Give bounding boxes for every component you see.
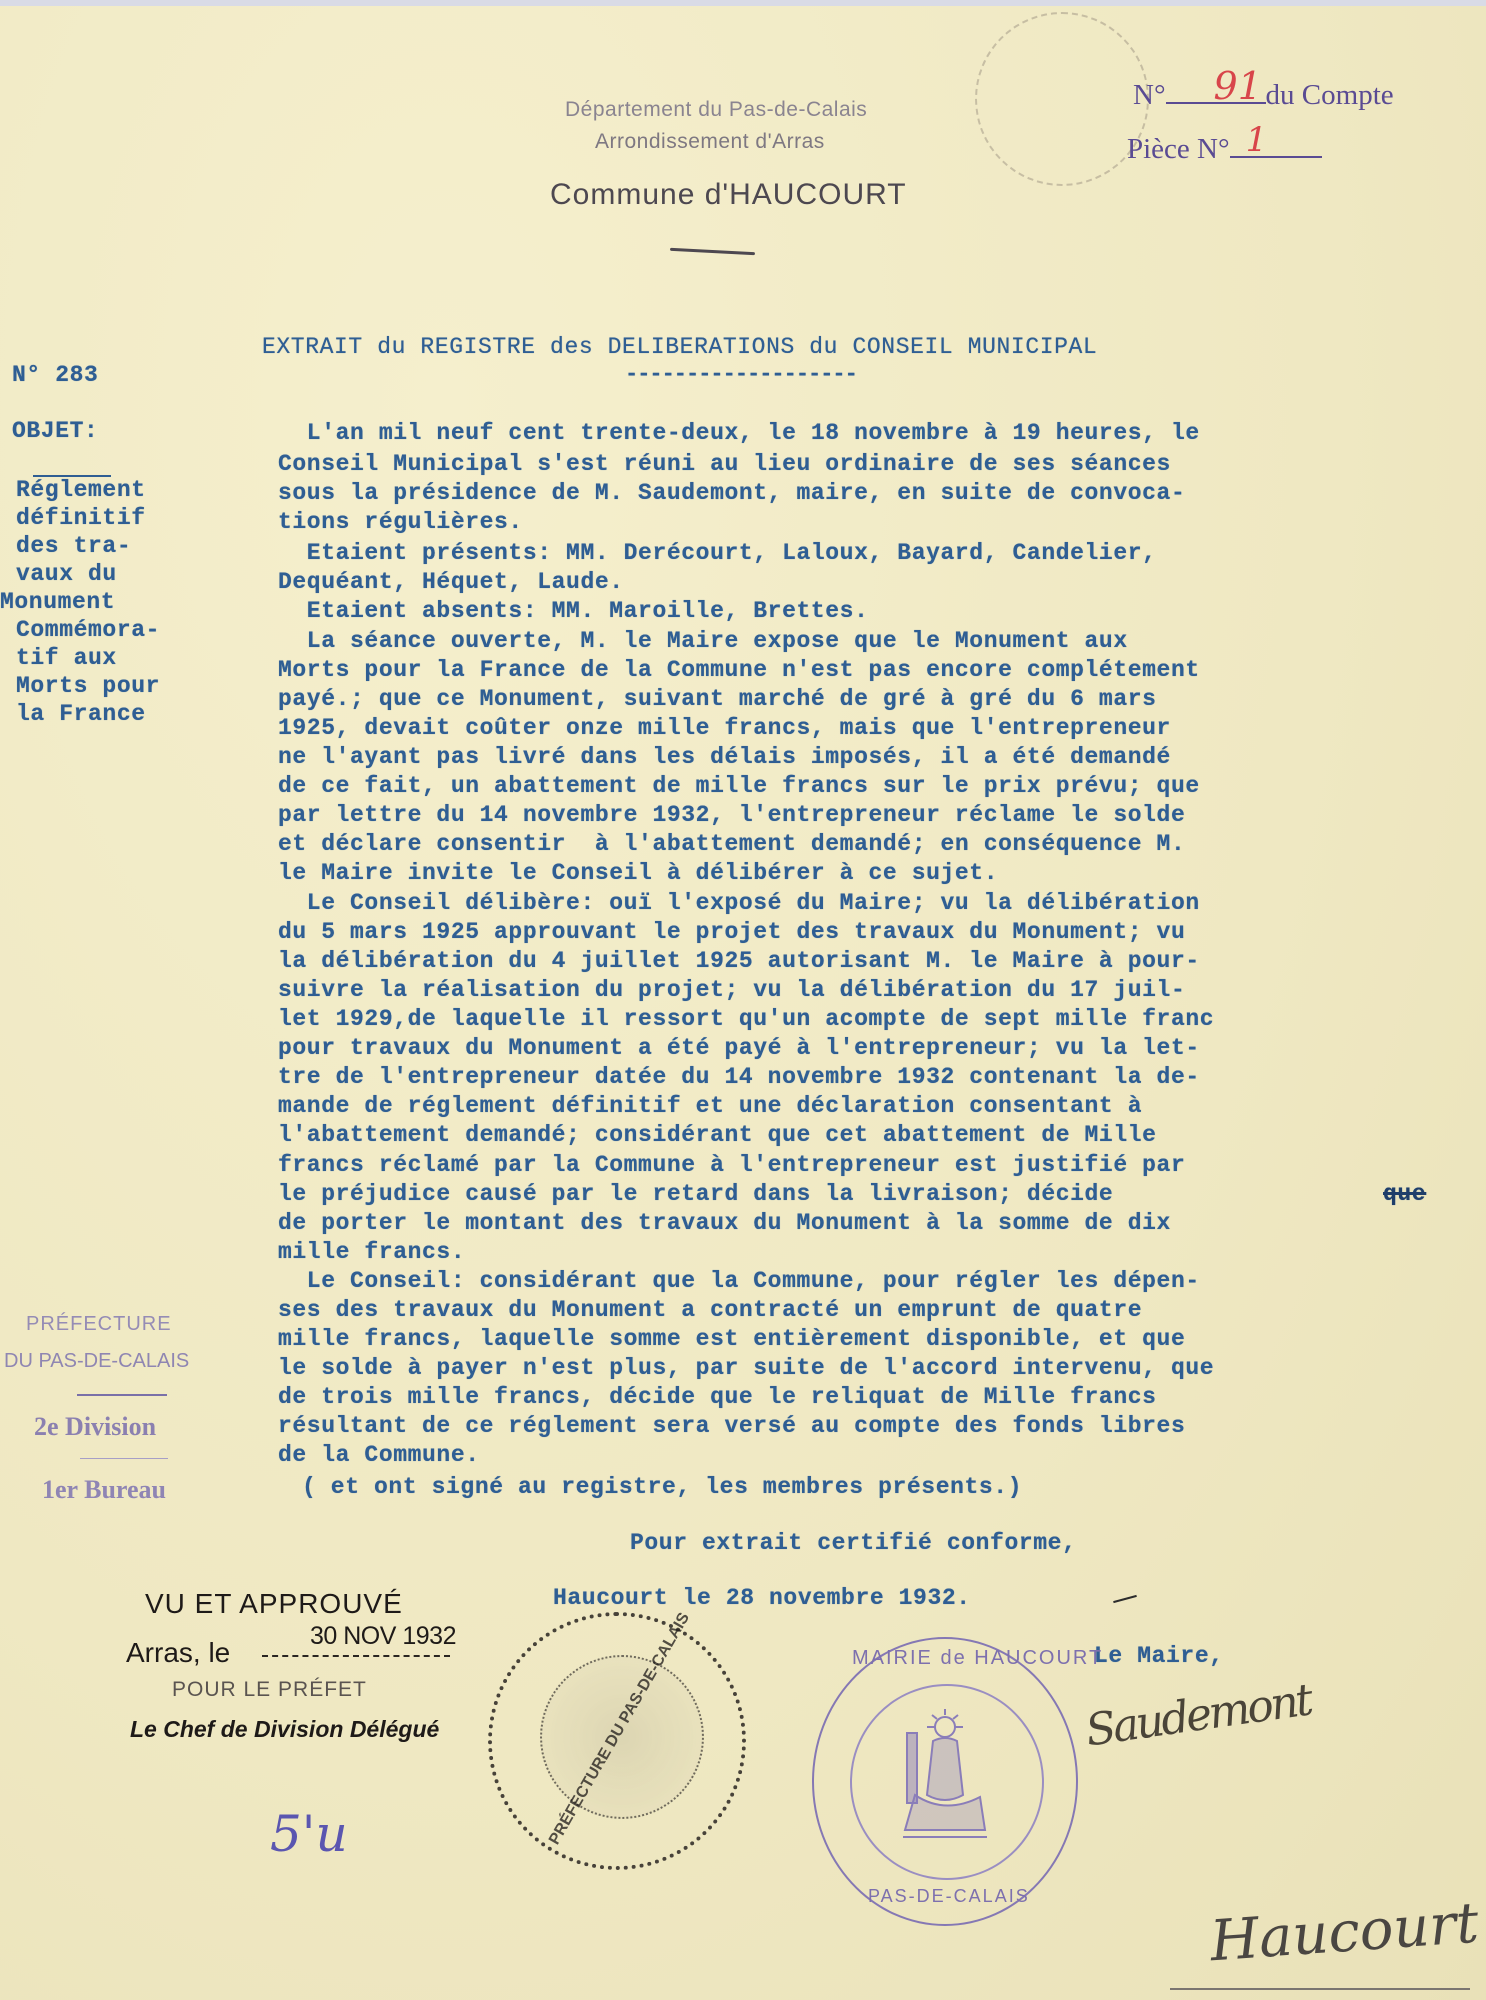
faint-postmark: [975, 12, 1149, 186]
account-number-line: 91: [1166, 78, 1266, 104]
footer-handwriting: Haucourt: [1208, 1891, 1481, 1975]
document-title: EXTRAIT du REGISTRE des DELIBERATIONS du…: [262, 334, 1097, 360]
objet-line: des tra-: [16, 533, 131, 559]
struck-word: que: [1383, 1179, 1426, 1210]
marianne-figure-icon: [885, 1705, 1005, 1855]
body-line: et déclare consentir à l'abattement dema…: [278, 829, 1185, 860]
body-line: let 1929,de laquelle il ressort qu'un ac…: [278, 1004, 1214, 1035]
body-line: le solde à payer n'est plus, par suite d…: [278, 1353, 1214, 1384]
body-line: La séance ouverte, M. le Maire expose qu…: [278, 626, 1128, 657]
body-line: tions régulières.: [278, 507, 523, 538]
prefecture-stamp-line3: 2e Division: [34, 1412, 156, 1442]
objet-line: Réglement: [16, 477, 146, 503]
prefecture-stamp-line2: DU PAS-DE-CALAIS: [4, 1350, 189, 1373]
body-line: par lettre du 14 novembre 1932, l'entrep…: [278, 800, 1185, 831]
approval-stamp-line4: Le Chef de Division Délégué: [130, 1716, 439, 1743]
piece-number-value: 1: [1246, 120, 1268, 160]
handwritten-note: 5'u: [270, 1805, 348, 1863]
body-line: 1925, devait coûter onze mille francs, m…: [278, 713, 1171, 744]
body-line: de trois mille francs, décide que le rel…: [278, 1382, 1157, 1413]
body-line: Le Conseil délibère: ouï l'exposé du Mai…: [278, 888, 1200, 919]
body-line: le Maire invite le Conseil à délibérer à…: [278, 858, 998, 889]
body-line: de la Commune.: [278, 1440, 480, 1471]
body-line: l'abattement demandé; considérant que ce…: [278, 1120, 1157, 1151]
prefecture-stamp-rule: [77, 1394, 167, 1396]
objet-line: tif aux: [16, 645, 117, 671]
body-line: suivre la réalisation du projet; vu la d…: [278, 975, 1185, 1006]
body-line: de ce fait, un abattement de mille franc…: [278, 771, 1200, 802]
signed-note: ( et ont signé au registre, les membres …: [302, 1474, 1022, 1500]
body-line: Morts pour la France de la Commune n'est…: [278, 655, 1200, 686]
objet-line: la France: [16, 701, 146, 727]
header-stamp-line-arrondissement: Arrondissement d'Arras: [595, 130, 825, 154]
objet-line: définitif: [16, 505, 146, 531]
deliberation-number: N° 283: [12, 362, 98, 388]
title-underline: -------------------: [625, 362, 857, 387]
body-line: Etaient absents: MM. Maroille, Brettes.: [278, 596, 869, 627]
body-line: ne l'ayant pas livré dans les délais imp…: [278, 742, 1171, 773]
body-line: francs réclamé par la Commune à l'entrep…: [278, 1150, 1185, 1181]
body-line: pour travaux du Monument a été payé à l'…: [278, 1033, 1200, 1064]
piece-number-label: Pièce N°: [1127, 133, 1230, 165]
account-number-suffix: du Compte: [1266, 79, 1394, 111]
body-line: ses des travaux du Monument a contracté …: [278, 1295, 1142, 1326]
objet-line: vaux du: [16, 561, 117, 587]
body-line: mande de réglement définitif et une décl…: [278, 1091, 1142, 1122]
body-line: de porter le montant des travaux du Monu…: [278, 1208, 1171, 1239]
prefecture-stamp-line1: PRÉFECTURE: [26, 1313, 172, 1336]
account-number-value: 91: [1214, 64, 1262, 108]
body-line: Dequéant, Héquet, Laude.: [278, 567, 624, 598]
approval-stamp-date-rule: [262, 1655, 450, 1657]
body-line: mille francs, laquelle somme est entière…: [278, 1324, 1185, 1355]
prefecture-stamp-rule: [80, 1458, 168, 1459]
objet-line: Monument: [0, 589, 115, 615]
body-line: payé.; que ce Monument, suivant marché d…: [278, 684, 1157, 715]
header-stamp-flourish: [670, 248, 755, 255]
footer-underline: [1170, 1988, 1470, 1990]
objet-line: Morts pour: [16, 673, 160, 699]
body-line: sous la présidence de M. Saudemont, mair…: [278, 478, 1185, 509]
certification-line: Pour extrait certifié conforme,: [630, 1530, 1076, 1556]
place-date-dash: [1113, 1595, 1137, 1603]
mayor-label: Le Maire,: [1094, 1643, 1224, 1669]
objet-label: OBJET:: [12, 418, 98, 444]
approval-stamp-place: Arras, le: [126, 1637, 230, 1669]
scan-top-edge: [0, 0, 1486, 6]
body-line: le préjudice causé par le retard dans la…: [278, 1179, 1113, 1210]
mairie-seal-bottom-text: PAS-DE-CALAIS: [868, 1886, 1030, 1907]
body-line: L'an mil neuf cent trente-deux, le 18 no…: [278, 418, 1200, 449]
body-line: Etaient présents: MM. Derécourt, Laloux,…: [278, 538, 1157, 569]
header-stamp-line-departement: Département du Pas-de-Calais: [565, 98, 867, 122]
body-line: mille francs.: [278, 1237, 465, 1268]
body-line: résultant de ce réglement sera versé au …: [278, 1411, 1185, 1442]
body-line: tre de l'entrepreneur datée du 14 novemb…: [278, 1062, 1200, 1093]
body-line: Conseil Municipal s'est réuni au lieu or…: [278, 449, 1171, 480]
approval-stamp-date: 30 NOV 1932: [310, 1622, 456, 1651]
piece-number-line: 1: [1230, 132, 1322, 158]
body-line: Le Conseil: considérant que la Commune, …: [278, 1266, 1200, 1297]
body-line: la délibération du 4 juillet 1925 autori…: [278, 946, 1200, 977]
approval-stamp-line1: VU ET APPROUVÉ: [145, 1588, 403, 1620]
approval-stamp-line3: POUR LE PRÉFET: [172, 1678, 367, 1702]
header-stamp-line-commune: Commune d'HAUCOURT: [550, 178, 907, 212]
account-number-label: N°: [1133, 79, 1166, 111]
prefecture-stamp-line4: 1er Bureau: [42, 1475, 166, 1505]
place-date-line: Haucourt le 28 novembre 1932.: [553, 1585, 971, 1611]
objet-line: Commémora-: [16, 617, 160, 643]
mairie-seal-top-text: MAIRIE de HAUCOURT: [852, 1647, 1103, 1670]
body-line: du 5 mars 1925 approuvant le projet des …: [278, 917, 1185, 948]
mayor-signature: Saudemont: [1083, 1675, 1314, 1757]
